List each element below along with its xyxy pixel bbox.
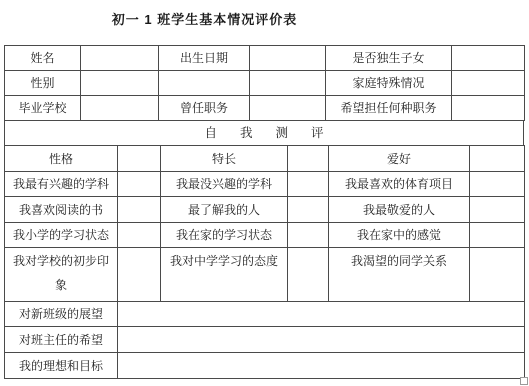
page-title: 初一 1 班学生基本情况评价表 bbox=[0, 9, 409, 28]
table-row: 姓名 出生日期 是否独生子女 bbox=[5, 46, 525, 71]
input-primary-school-study-state[interactable] bbox=[118, 223, 161, 248]
label-former-position: 曾任职务 bbox=[159, 96, 250, 121]
table-row: 我最有兴趣的学科 我最没兴趣的学科 我最喜欢的体育项目 bbox=[5, 172, 525, 197]
input-expectation-for-new-class[interactable] bbox=[118, 302, 525, 327]
input-hope-for-head-teacher[interactable] bbox=[118, 327, 525, 353]
table-row: 我小学的学习状态 我在家的学习状态 我在家中的感觉 bbox=[5, 223, 525, 248]
label-family-special-situation: 家庭特殊情况 bbox=[326, 71, 452, 96]
input-desired-position[interactable] bbox=[452, 96, 525, 121]
input-feeling-at-home[interactable] bbox=[470, 223, 525, 248]
open-questions-table: 对新班级的展望 对班主任的希望 我的理想和目标 bbox=[4, 301, 525, 379]
label-expectation-for-new-class: 对新班级的展望 bbox=[5, 302, 118, 327]
input-favorite-books[interactable] bbox=[118, 197, 161, 223]
input-my-ideal-and-goal[interactable] bbox=[118, 353, 525, 379]
table-row: 我喜欢阅读的书 最了解我的人 我最敬爱的人 bbox=[5, 197, 525, 223]
label-first-impression-of-school: 我对学校的初步印象 bbox=[5, 248, 118, 302]
table-row: 对班主任的希望 bbox=[5, 327, 525, 353]
label-desired-classmate-relationship: 我渴望的同学关系 bbox=[329, 248, 470, 302]
label-personality: 性格 bbox=[5, 146, 118, 172]
label-graduate-school: 毕业学校 bbox=[5, 96, 81, 121]
input-personality[interactable] bbox=[118, 146, 161, 172]
label-hobby: 爱好 bbox=[329, 146, 470, 172]
label-most-respected-person: 我最敬爱的人 bbox=[329, 197, 470, 223]
label-most-interested-subject: 我最有兴趣的学科 bbox=[5, 172, 118, 197]
input-hobby[interactable] bbox=[470, 146, 525, 172]
label-only-child: 是否独生子女 bbox=[326, 46, 452, 71]
table-row: 我的理想和目标 bbox=[5, 353, 525, 379]
label-my-ideal-and-goal: 我的理想和目标 bbox=[5, 353, 118, 379]
student-info-table: 姓名 出生日期 是否独生子女 性别 家庭特殊情况 毕业学校 曾任职务 希望担任何… bbox=[4, 45, 525, 121]
table-row: 对新班级的展望 bbox=[5, 302, 525, 327]
table-resize-handle[interactable] bbox=[520, 377, 528, 385]
input-most-interested-subject[interactable] bbox=[118, 172, 161, 197]
table-row: 我对学校的初步印象 我对中学学习的态度 我渴望的同学关系 bbox=[5, 248, 525, 302]
input-name[interactable] bbox=[81, 46, 159, 71]
table-row: 性别 家庭特殊情况 bbox=[5, 71, 525, 96]
label-desired-position: 希望担任何种职务 bbox=[326, 96, 452, 121]
input-attitude-to-middle-school-study[interactable] bbox=[288, 248, 329, 302]
input-home-study-state[interactable] bbox=[288, 223, 329, 248]
input-most-respected-person[interactable] bbox=[470, 197, 525, 223]
evaluation-form-table: 姓名 出生日期 是否独生子女 性别 家庭特殊情况 毕业学校 曾任职务 希望担任何… bbox=[4, 45, 524, 379]
input-family-special-situation[interactable] bbox=[452, 71, 525, 96]
blank-cell[interactable] bbox=[159, 71, 250, 96]
label-home-study-state: 我在家的学习状态 bbox=[161, 223, 288, 248]
input-gender[interactable] bbox=[81, 71, 159, 96]
label-specialty: 特长 bbox=[161, 146, 288, 172]
input-first-impression-of-school[interactable] bbox=[118, 248, 161, 302]
label-birth-date: 出生日期 bbox=[159, 46, 250, 71]
table-row: 毕业学校 曾任职务 希望担任何种职务 bbox=[5, 96, 525, 121]
label-attitude-to-middle-school-study: 我对中学学习的态度 bbox=[161, 248, 288, 302]
input-person-knows-me-best[interactable] bbox=[288, 197, 329, 223]
table-row: 自我测评 bbox=[5, 121, 524, 146]
input-favorite-sport[interactable] bbox=[470, 172, 525, 197]
input-birth-date[interactable] bbox=[250, 46, 326, 71]
section-header-self-evaluation: 自我测评 bbox=[5, 121, 524, 146]
input-specialty[interactable] bbox=[288, 146, 329, 172]
label-name: 姓名 bbox=[5, 46, 81, 71]
label-favorite-sport: 我最喜欢的体育项目 bbox=[329, 172, 470, 197]
label-least-interested-subject: 我最没兴趣的学科 bbox=[161, 172, 288, 197]
blank-cell[interactable] bbox=[250, 71, 326, 96]
label-hope-for-head-teacher: 对班主任的希望 bbox=[5, 327, 118, 353]
input-graduate-school[interactable] bbox=[81, 96, 159, 121]
input-desired-classmate-relationship[interactable] bbox=[470, 248, 525, 302]
input-only-child[interactable] bbox=[452, 46, 525, 71]
label-feeling-at-home: 我在家中的感觉 bbox=[329, 223, 470, 248]
self-eval-table: 性格 特长 爱好 我最有兴趣的学科 我最没兴趣的学科 我最喜欢的体育项目 我喜欢… bbox=[4, 145, 525, 302]
input-former-position[interactable] bbox=[250, 96, 326, 121]
label-person-knows-me-best: 最了解我的人 bbox=[161, 197, 288, 223]
label-primary-school-study-state: 我小学的学习状态 bbox=[5, 223, 118, 248]
table-row: 性格 特长 爱好 bbox=[5, 146, 525, 172]
self-eval-header: 自我测评 bbox=[4, 120, 524, 146]
label-favorite-books: 我喜欢阅读的书 bbox=[5, 197, 118, 223]
label-gender: 性别 bbox=[5, 71, 81, 96]
input-least-interested-subject[interactable] bbox=[288, 172, 329, 197]
